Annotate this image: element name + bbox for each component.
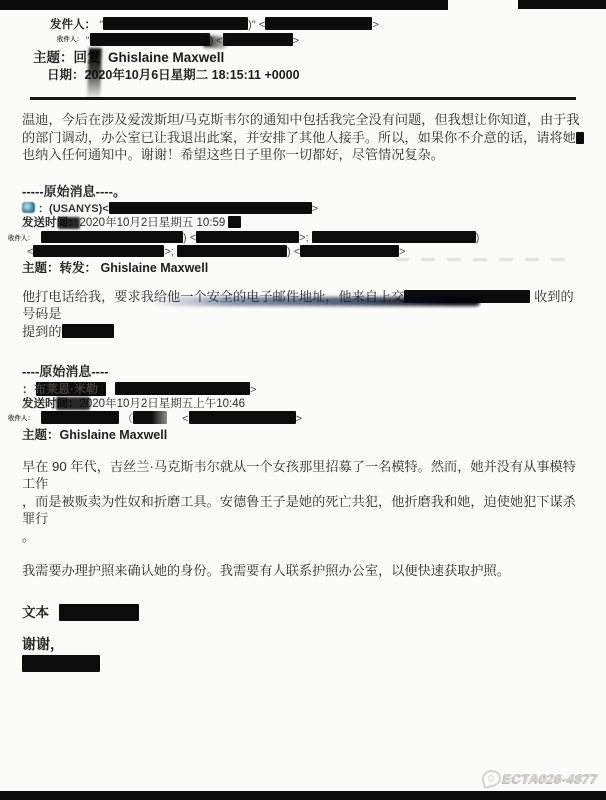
subject-label: 主题：: [33, 50, 74, 65]
email3-sent-row: 发送时间：2020年10月2日星期五上午10:46: [22, 397, 584, 412]
signature-row: [22, 655, 584, 675]
angle-open-mark: <: [182, 413, 188, 425]
from-name-over-redaction: ：布莱恩·米勒: [22, 382, 98, 398]
email3-subject-row: 主题：Ghislaine Maxwell: [22, 427, 584, 444]
document-content: 发件人： ")" <> 收件人： ") <> 主题：回复 Ghislaine M…: [0, 0, 606, 675]
watermark-text: ECTA026-4877: [503, 771, 598, 786]
subject-label: 主题：: [22, 261, 60, 275]
email2-sent-row: 发送时间：2020年10月2日星期五 10:59: [22, 216, 584, 231]
body-text: 提到的: [22, 324, 62, 339]
email2-subject-row: 主题：转发： Ghislaine Maxwell: [22, 260, 584, 277]
paren-quote-mark: )": [248, 19, 256, 31]
redaction-box: [59, 604, 139, 621]
redaction-box: [189, 411, 296, 424]
angle-semi-mark: >;: [299, 232, 308, 244]
angle-close-mark: >: [399, 246, 405, 258]
angle-close-mark: >: [250, 384, 256, 396]
redaction-box: [33, 245, 164, 257]
redaction-box: [228, 216, 241, 228]
sent-value: 2020年10月2日星期五上午10:46: [80, 398, 246, 410]
redaction-box: [62, 324, 114, 338]
redaction-box: [312, 231, 476, 243]
redaction-box: [115, 382, 250, 395]
redaction-box: [103, 17, 248, 30]
redaction-box: [109, 202, 312, 214]
header-divider-line: [30, 97, 576, 100]
email1-date-row: 日期：2020年10月6日星期二 18:15:11 +0000: [47, 67, 584, 83]
redaction-box: [223, 33, 293, 46]
scanned-email-document: 发件人： ")" <> 收件人： ") <> 主题：回复 Ghislaine M…: [0, 0, 606, 800]
from-label: 发件人：: [50, 19, 96, 31]
email3-body-paragraph2: 我需要办理护照来确认她的身份。我需要有人联系护照办公室，以便快速获取护照。: [22, 562, 584, 580]
signature-redaction-box: [22, 655, 100, 672]
closing-row: 谢谢，: [22, 634, 584, 654]
subject-value: Ghislaine Maxwell: [60, 428, 168, 442]
text-attachment-row: 文本: [22, 601, 584, 621]
body-text: 也纳入任何通知中。谢谢！希望这些日子里你一切都好，尽管情况复杂。: [22, 147, 444, 162]
sender-avatar-icon: [22, 202, 35, 213]
original-message-divider: -----原始消息----。: [22, 181, 584, 200]
email1-from-row: 发件人： ")" <>: [50, 17, 584, 33]
ink-smudge: [87, 48, 102, 100]
paren-open-mark: （: [122, 413, 133, 425]
email3-from-row: ：布莱恩·米勒 >: [22, 382, 584, 397]
email1-to-row: 收件人： ") <>: [57, 33, 584, 48]
blue-smear-redaction: [150, 297, 480, 306]
text-label: 文本: [22, 605, 49, 620]
ink-blob: [56, 397, 90, 410]
angle-close-mark: >: [312, 203, 318, 215]
subject-label: 主题：: [22, 428, 60, 442]
paren-mark: ): [287, 246, 291, 258]
redaction-box: [90, 33, 210, 46]
email2-to-row-2: <>; ) <>: [22, 245, 584, 260]
weibo-logo-icon: [480, 768, 502, 789]
body-text: 温迪，今后在涉及爱泼斯坦/马克斯韦尔的通知中包括我完全没有问题，但我想让你知道，…: [22, 112, 580, 145]
angle-close-mark: >: [293, 35, 299, 47]
email1-body: 温迪，今后在涉及爱泼斯坦/马克斯韦尔的通知中包括我完全没有问题，但我想让你知道，…: [22, 111, 584, 164]
angle-close-mark: >: [372, 19, 378, 31]
to-label: 收件人：: [57, 36, 83, 43]
redaction-box-fading: [133, 411, 167, 424]
subject-value: Ghislaine Maxwell: [101, 261, 209, 275]
date-value: 2020年10月6日星期二 18:15:11 +0000: [85, 68, 300, 82]
redaction-box: [300, 245, 399, 257]
bottom-redaction-bar: [0, 791, 606, 800]
angle-semi-mark: >;: [164, 246, 173, 258]
email3-body-paragraph1: 早在 90 年代，吉丝兰·马克斯韦尔就从一个女孩那里招募了一名模特。然而，她并没…: [22, 458, 584, 546]
from-fragment: ：(USANYS)<: [38, 203, 109, 215]
date-label: 日期：: [47, 68, 85, 82]
to-label: 收件人：: [8, 412, 34, 427]
ink-blob: [58, 217, 80, 229]
original-message-divider: ----原始消息----: [22, 361, 584, 380]
sent-value: 2020年10月2日星期五 10:59: [80, 217, 226, 229]
redaction-box: [41, 231, 183, 243]
to-label: 收件人：: [8, 232, 34, 247]
inline-redaction: [576, 132, 584, 144]
email3-to-row: 收件人： （ <>: [22, 411, 584, 427]
subject-prefix: 转发：: [60, 261, 98, 275]
email2-body: 他打电话给我，要求我给他一个安全的电子邮件地址，他来自上交 收到的号码是 提到的: [22, 288, 584, 341]
redaction-box: [41, 411, 119, 424]
email2-to-row-1: 收件人： ) <>; ): [22, 231, 584, 246]
paren-mark: ): [183, 232, 187, 244]
redaction-box: [196, 231, 299, 243]
redaction-box: [177, 245, 287, 257]
email1-subject-row: 主题：回复 Ghislaine Maxwell: [33, 48, 584, 67]
watermark: ECTA026-4877: [482, 770, 598, 787]
redaction-box: [265, 17, 372, 30]
paren-mark: ): [476, 232, 480, 244]
angle-close-mark: >: [296, 413, 302, 425]
from-name: ：布莱恩·米勒: [22, 382, 98, 396]
subject-value: Ghislaine Maxwell: [108, 50, 224, 65]
email2-from-row: ：(USANYS)<>: [22, 202, 584, 217]
closing-text: 谢谢，: [22, 636, 64, 652]
